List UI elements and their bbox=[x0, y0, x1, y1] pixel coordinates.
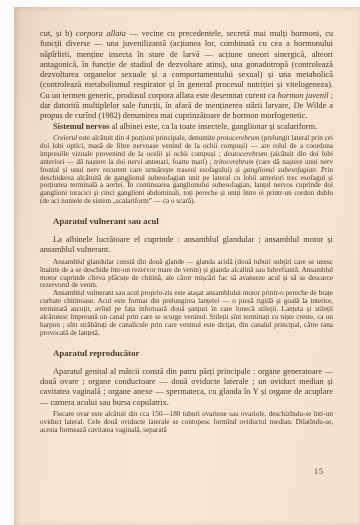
text-run: — vecine cu precedentele, secretă mai mu… bbox=[40, 29, 333, 100]
heading-reproductive-apparatus: Aparatul reproducător bbox=[53, 348, 333, 359]
note-brain-structure: Creierul este alcătuit din 4 porțiuni pr… bbox=[40, 135, 333, 206]
heading-sting-apparatus: Aparatul vulnerant sau acul bbox=[53, 216, 333, 227]
page-content: cut, și b) corpora allata — vecine cu pr… bbox=[40, 29, 333, 435]
note-vulnerant-assembly: Ansamblul vulnerant sau acul propriu-zis… bbox=[40, 290, 333, 337]
term-sistemul-nervos: Sistemul nervos bbox=[53, 122, 110, 131]
note-glandular-motor-assembly: Ansamblul glandular constă din două glan… bbox=[40, 259, 333, 291]
term-tritocerebrum: tritocerebrum bbox=[214, 158, 254, 166]
term-hormon-juvenil: hormon juvenil bbox=[278, 91, 329, 100]
note-ovaries: Fiecare ovar este alcătuit din cca 150—1… bbox=[40, 411, 333, 435]
paragraph-hormones-continuation: cut, și b) corpora allata — vecine cu pr… bbox=[40, 29, 333, 122]
term-deutocerebrum: deutocerebrum bbox=[224, 150, 267, 158]
text-run: al albinei este, ca la toate insectele, … bbox=[110, 122, 318, 131]
term-protocerebrum: protocerebrum bbox=[217, 134, 260, 142]
paragraph-sting-overview: La albinele lucrătoare el cuprinde : ans… bbox=[40, 235, 333, 256]
paragraph-genital-apparatus: Aparatul genital al mătcii constă din pa… bbox=[40, 367, 333, 408]
page-number: 15 bbox=[314, 467, 324, 476]
term-corpora-allata: corpora allata bbox=[76, 29, 126, 38]
paragraph-nervous-system: Sistemul nervos al albinei este, ca la t… bbox=[40, 122, 333, 132]
term-creierul: Creierul bbox=[53, 134, 77, 142]
book-page-scan: { "colors": { "paper": "#f3e2d1", "paper… bbox=[0, 0, 360, 525]
term-ganglion-subesofagian: ganglionul subesofagian bbox=[243, 166, 315, 174]
text-run: este alcătuit din 4 porțiuni principale,… bbox=[77, 134, 217, 142]
text-run: cut, și b) bbox=[40, 29, 76, 38]
page-paper: cut, și b) corpora allata — vecine cu pr… bbox=[14, 7, 360, 525]
